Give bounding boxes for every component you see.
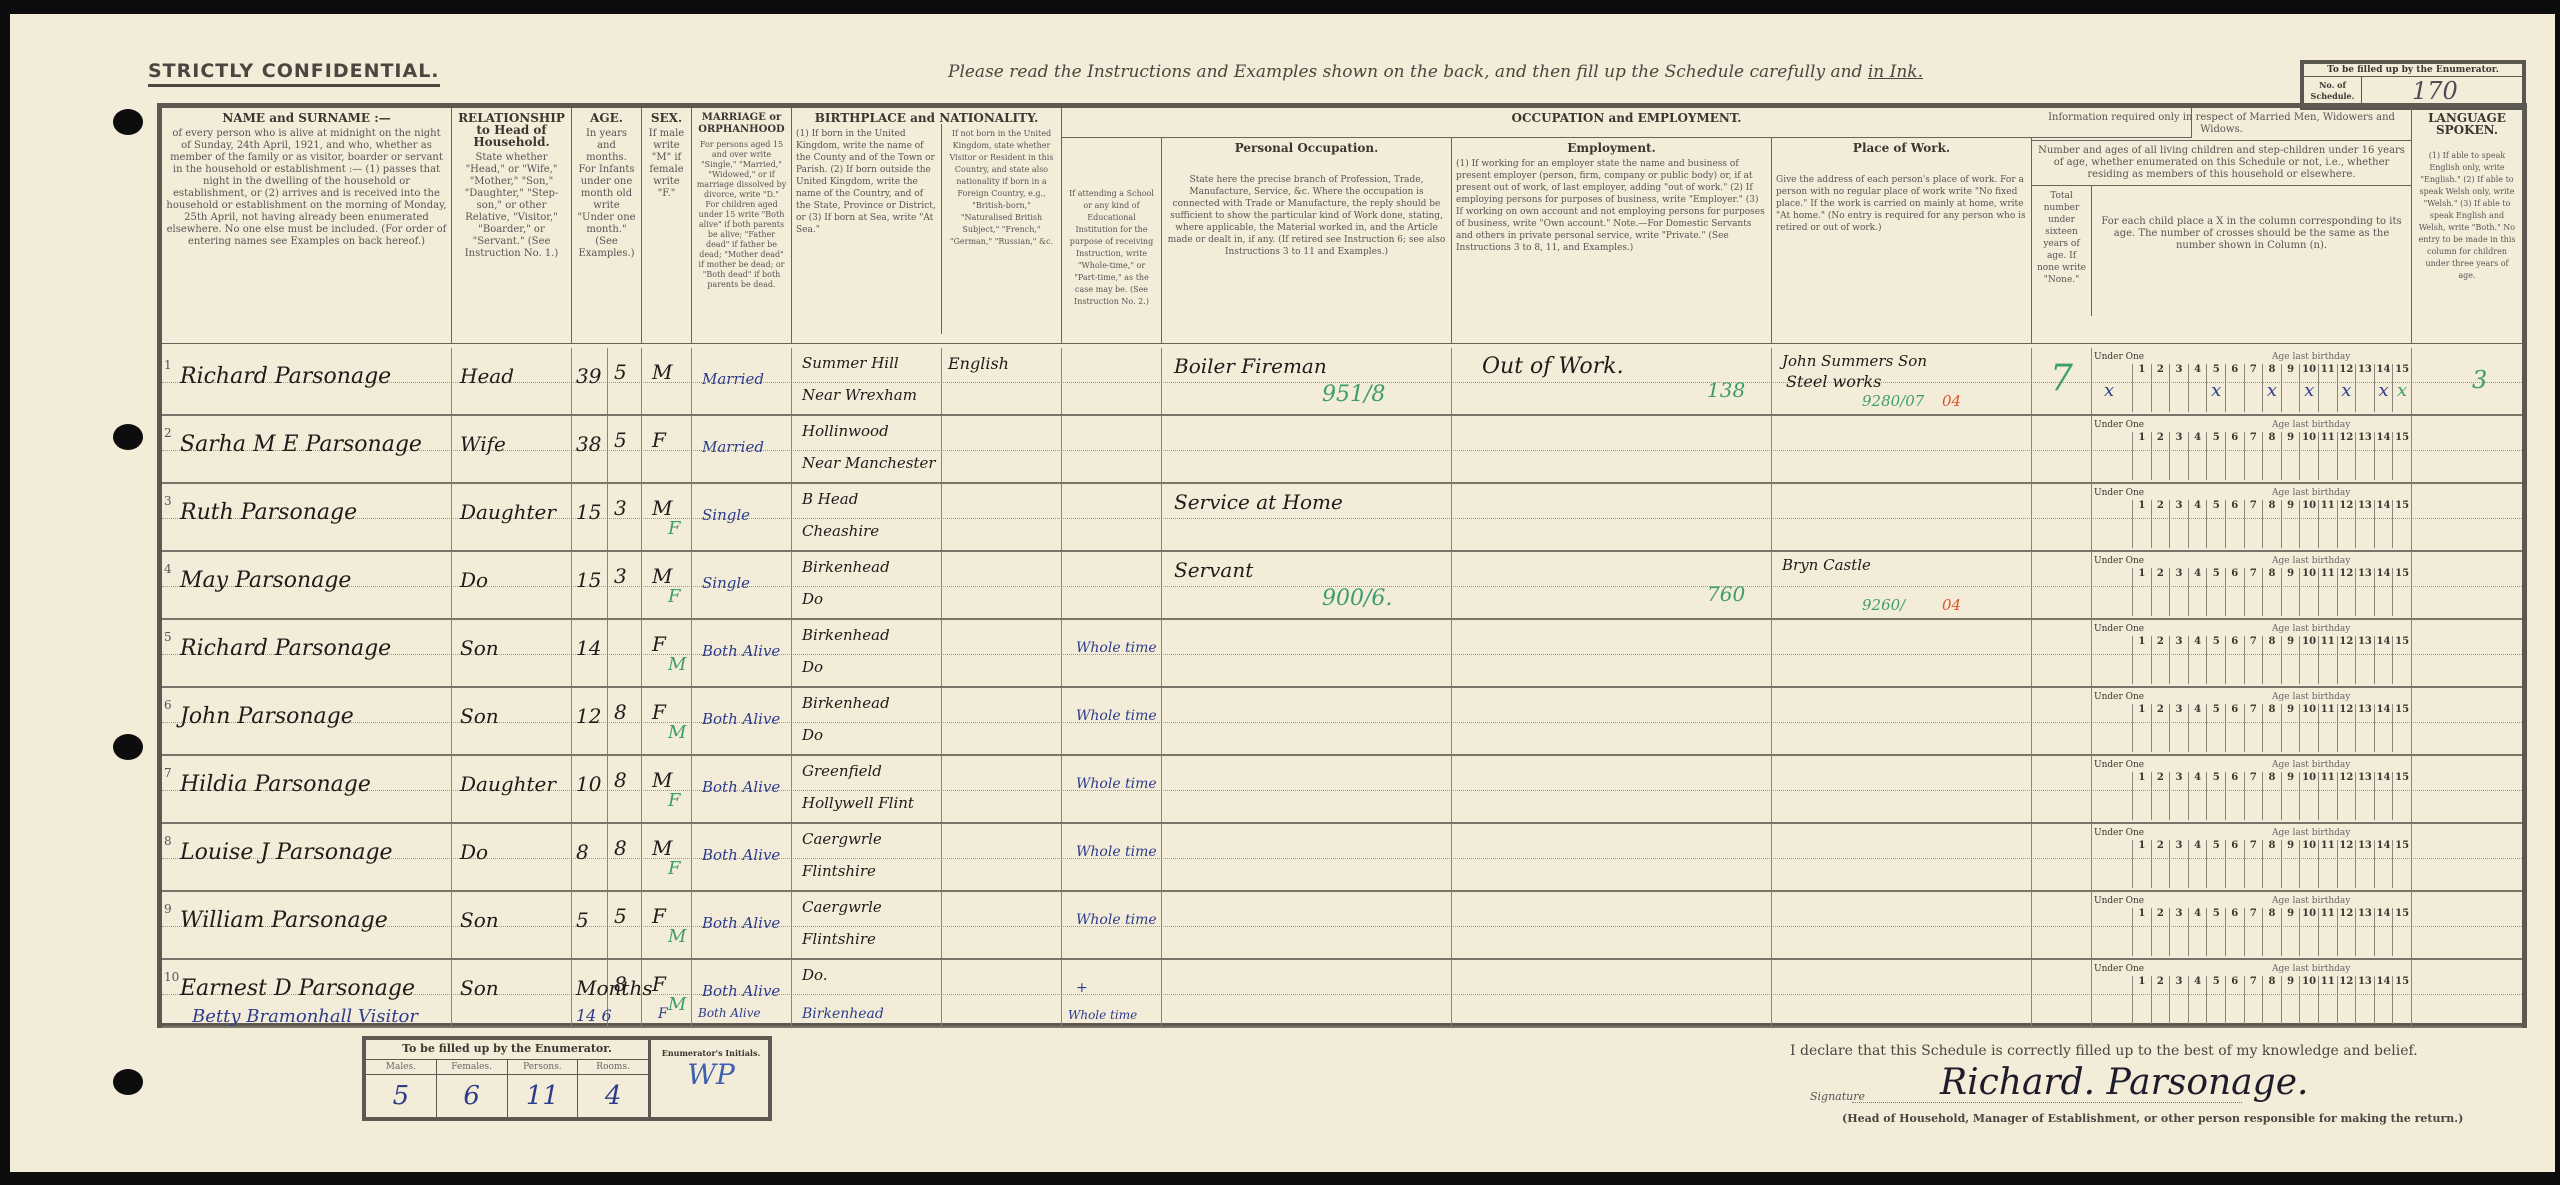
cell-relationship: Son [452,688,572,754]
cell-employment [1452,620,1772,686]
header-sex: SEX. If male write "M" if female write "… [642,108,692,344]
table-row: 1Richard ParsonageHead395MMarriedSummer … [162,348,2522,416]
cell-children-ages: Under OneAge last birthday12345678910111… [2092,416,2412,482]
birthplace-line1: Do. [802,966,828,984]
age-column: 15 [2392,704,2411,752]
language-value: 3 [2472,366,2487,394]
cell-nationality [942,620,1062,686]
cell-name: 2Sarha M E Parsonage [162,416,452,482]
age-column: 6 [2225,772,2244,820]
marital-value: Married [702,438,764,456]
age-last-birthday-label: Age last birthday [2272,760,2350,770]
header-employment: Employment. (1) If working for an employ… [1452,138,1772,344]
header-children-subtitle: Number and ages of all living children a… [2032,141,2411,186]
cell-place-of-work: Bryn Castle9260/04 [1772,552,2032,618]
age-columns: 12345x678x910x1112x1314x15x [2132,364,2411,412]
sex-correction: M [668,926,686,947]
cell-place-of-work [1772,892,2032,958]
cell-age-years: 8 [572,824,608,890]
age-column: 9 [2281,704,2300,752]
cell-children-ages: Under OneAge last birthday12345678910111… [2092,756,2412,822]
age-column: 12 [2337,840,2356,888]
age-column: 8x [2262,364,2281,412]
cell-employment: Out of Work.138 [1452,348,1772,414]
cell-sex: F [642,416,692,482]
relationship-value: Daughter [460,772,556,796]
marital-value: Both Alive [702,710,780,728]
age-column: 8 [2262,704,2281,752]
cell-children-total [2032,416,2092,482]
age-column: 14x [2374,364,2393,412]
age-grid: Under OneAge last birthday12345678910111… [2092,624,2411,684]
cell-marital: Both Alive [692,620,792,686]
cell-age-months: 5 [608,416,642,482]
cell-language [2412,620,2522,686]
age-column: 9 [2281,636,2300,684]
under-one-label: Under One [2094,896,2144,906]
age-column: 9 [2281,772,2300,820]
age-grid: Under OneAge last birthday12345678910111… [2092,420,2411,480]
age-column: 7 [2244,500,2263,548]
cell-language [2412,416,2522,482]
header-school-text: If attending a School or any kind of Edu… [1062,138,1161,312]
marital-value: Single [702,574,750,592]
cell-age-years: 15 [572,552,608,618]
age-grid: Under OneAge last birthday12345678910111… [2092,692,2411,752]
age-column: 13 [2355,432,2374,480]
cell-employment [1452,416,1772,482]
age-column: 14 [2374,500,2393,548]
cell-name: 9William Parsonage [162,892,452,958]
header-employment-title: Employment. [1452,138,1771,154]
marital-value: Married [702,370,764,388]
table-row: 5Richard ParsonageSon14FMBoth AliveBirke… [162,620,2522,688]
cell-place-of-work: John Summers SonSteel works9280/0704 [1772,348,2032,414]
header-relationship-title: RELATIONSHIP to Head of Household. [452,108,571,148]
birthplace-line2: Do [802,726,823,744]
age-column: 2 [2151,704,2170,752]
age-column: 8 [2262,772,2281,820]
age-column: 10 [2299,772,2318,820]
occupation-value: Servant [1174,558,1253,582]
under-one-label: Under One [2094,828,2144,838]
header-relationship: RELATIONSHIP to Head of Household. State… [452,108,572,344]
header-sex-title: SEX. [642,108,691,124]
age-column: 7 [2244,568,2263,616]
child-age-cross: x [2338,380,2356,401]
age-column: 13 [2355,568,2374,616]
cell-occupation [1162,620,1452,686]
age-column: 11 [2318,568,2337,616]
cell-children-ages: Under OneAge last birthday12345x678x910x… [2092,348,2412,414]
nationality-value: English [948,354,1009,373]
cell-occupation [1162,892,1452,958]
age-column: 2 [2151,908,2170,956]
header-birthplace-title: BIRTHPLACE and NATIONALITY. [792,108,1061,124]
cell-nationality: English [942,348,1062,414]
age-column: 12x [2337,364,2356,412]
age-column: 4 [2188,500,2207,548]
age-years-value: 12 [576,704,601,728]
age-months-value: 5 [614,904,627,928]
person-name: William Parsonage [180,908,388,933]
employment-code: 138 [1707,378,1745,402]
cell-birthplace: B HeadCheashire [792,484,942,550]
age-columns: 123456789101112131415 [2132,908,2411,956]
marital-value: Both Alive [702,846,780,864]
person-name: Sarha M E Parsonage [180,432,422,457]
person-name: Ruth Parsonage [180,500,357,525]
persons-label: Persons. [508,1060,578,1075]
header-place-title: Place of Work. [1772,138,2031,154]
relationship-value: Son [460,704,499,728]
person-name: Richard Parsonage [180,364,391,389]
age-column: 3 [2169,636,2188,684]
age-column: 6 [2225,432,2244,480]
cell-nationality [942,688,1062,754]
age-months-value: 5 [614,428,627,452]
occupation-value: Boiler Fireman [1174,354,1327,378]
header-age-text: In years and months. For Infants under o… [572,124,641,264]
age-last-birthday-label: Age last birthday [2272,556,2350,566]
cell-employment [1452,756,1772,822]
age-column: 6 [2225,840,2244,888]
child-age-cross: x [2207,380,2225,401]
sex-value: M [652,836,672,860]
age-last-birthday-label: Age last birthday [2272,624,2350,634]
child-under-one-cross: x [2104,380,2114,401]
cell-birthplace: Summer HillNear Wrexham [792,348,942,414]
children-total-value: 7 [2050,358,2073,399]
school-value: Whole time [1076,844,1157,860]
age-column: 12 [2337,432,2356,480]
age-months-value: 8 [614,972,627,996]
header-personal-occupation-text: State here the precise branch of Profess… [1162,154,1451,262]
cell-marital: Both Alive [692,756,792,822]
age-column: 5x [2206,364,2225,412]
age-column: 8 [2262,840,2281,888]
place-of-work-code-red: 04 [1942,596,1961,614]
table-row: 7Hildia ParsonageDaughter108MFBoth Alive… [162,756,2522,824]
cell-children-total [2032,552,2092,618]
person-name: Louise J Parsonage [180,840,393,865]
age-columns: 123456789101112131415 [2132,432,2411,480]
visitor-name: Betty Bramonhall Visitor [192,1006,418,1027]
census-form-table: NAME and SURNAME :— of every person who … [157,103,2527,1028]
age-column: 13 [2355,364,2374,412]
age-column: 1 [2132,772,2151,820]
cell-marital: Both Alive [692,688,792,754]
occupation-value: Service at Home [1174,490,1343,514]
cell-occupation [1162,824,1452,890]
cell-place-of-work [1772,756,2032,822]
age-column: 1 [2132,840,2151,888]
cell-name: 6John Parsonage [162,688,452,754]
cell-language [2412,688,2522,754]
cell-school [1062,416,1162,482]
birthplace-line2: Near Wrexham [802,386,917,404]
age-column: 2 [2151,840,2170,888]
cell-birthplace: BirkenheadDo [792,688,942,754]
cell-age-years: 5 [572,892,608,958]
birthplace-line1: Caergwrle [802,898,882,916]
page-title: STRICTLY CONFIDENTIAL. [148,60,440,87]
cell-language [2412,552,2522,618]
birthplace-line2: Flintshire [802,862,876,880]
school-value: Whole time [1076,912,1157,928]
under-one-label: Under One [2094,692,2144,702]
age-column: 15 [2392,500,2411,548]
age-column: 14 [2374,908,2393,956]
school-value: Whole time [1076,640,1157,656]
age-column: 14 [2374,636,2393,684]
sex-value: M [652,768,672,792]
age-column: 15 [2392,772,2411,820]
age-column: 2 [2151,500,2170,548]
age-column: 1 [2132,908,2151,956]
cell-school: Whole time [1062,892,1162,958]
age-column: 2 [2151,432,2170,480]
employment-code: 760 [1707,582,1745,606]
row-number: 2 [164,426,172,440]
age-column: 4 [2188,364,2207,412]
age-column: 4 [2188,568,2207,616]
sex-correction: M [668,654,686,675]
header-birthplace: BIRTHPLACE and NATIONALITY. (1) If born … [792,108,1062,344]
header-occupation-title: OCCUPATION and EMPLOYMENT. [1062,108,2191,124]
cell-age-years: 12 [572,688,608,754]
schedule-number-label: No. of Schedule. [2304,77,2362,104]
cell-birthplace: HollinwoodNear Manchester [792,416,942,482]
sex-correction: F [668,790,681,811]
table-row: 4May ParsonageDo153MFSingleBirkenheadDoS… [162,552,2522,620]
age-column: 5 [2206,432,2225,480]
age-column: 14 [2374,704,2393,752]
rooms-value: 4 [578,1075,648,1117]
cell-relationship: Do [452,824,572,890]
instructions-banner: Please read the Instructions and Example… [948,62,1923,82]
child-age-cross: x [2300,380,2318,401]
row-number: 3 [164,494,172,508]
age-column: 11 [2318,432,2337,480]
age-column: 5 [2206,636,2225,684]
cell-age-months: 8 [608,688,642,754]
age-column: 3 [2169,704,2188,752]
visitor-row: Betty Bramonhall Visitor14 6FBoth AliveB… [162,1006,2522,1028]
cell-name: 5Richard Parsonage [162,620,452,686]
age-column: 14 [2374,840,2393,888]
age-column: 11 [2318,636,2337,684]
age-column: 4 [2188,636,2207,684]
header-children-title: Information required only in respect of … [2032,108,2411,141]
age-column: 7 [2244,840,2263,888]
cell-occupation: Servant900/6. [1162,552,1452,618]
cell-nationality [942,484,1062,550]
cell-language [2412,892,2522,958]
age-months-value: 3 [614,496,627,520]
age-column: 15 [2392,432,2411,480]
birthplace-line1: Summer Hill [802,354,899,372]
place-of-work-code: 9260/ [1862,596,1905,614]
person-name: May Parsonage [180,568,351,593]
enumerator-initials-label: Enumerator's Initials. [654,1040,768,1058]
cell-children-ages: Under OneAge last birthday12345678910111… [2092,892,2412,958]
females-value: 6 [437,1075,507,1117]
header-language-title: LANGUAGE SPOKEN. [2412,108,2522,136]
cell-place-of-work [1772,484,2032,550]
table-row: 3Ruth ParsonageDaughter153MFSingleB Head… [162,484,2522,552]
age-column: 15x [2392,364,2411,412]
person-name: Hildia Parsonage [180,772,371,797]
cell-place-of-work [1772,620,2032,686]
age-column: 7 [2244,704,2263,752]
relationship-value: Wife [460,432,506,456]
table-row: 8Louise J ParsonageDo88MFBoth AliveCaerg… [162,824,2522,892]
under-one-label: Under One [2094,624,2144,634]
birthplace-line1: Birkenhead [802,558,890,576]
cell-birthplace: CaergwrleFlintshire [792,824,942,890]
relationship-value: Daughter [460,500,556,524]
cell-birthplace: CaergwrleFlintshire [792,892,942,958]
header-children-total-text: Total number under sixteen years of age.… [2032,186,2092,316]
header-name: NAME and SURNAME :— of every person who … [162,108,452,344]
age-years-value: 5 [576,908,589,932]
cell-school [1062,348,1162,414]
birthplace-line2: Do [802,590,823,608]
age-column: 5 [2206,500,2225,548]
age-column: 1 [2132,364,2151,412]
age-column: 8 [2262,908,2281,956]
cell-children-total [2032,484,2092,550]
cell-sex: FM [642,688,692,754]
cell-sex: MF [642,756,692,822]
cell-relationship: Son [452,620,572,686]
sex-value: F [652,632,666,656]
header-children: Information required only in respect of … [2032,108,2412,344]
age-column: 9 [2281,840,2300,888]
age-column: 10 [2299,704,2318,752]
relationship-value: Son [460,908,499,932]
relationship-value: Head [460,364,514,388]
age-column: 6 [2225,500,2244,548]
age-column: 4 [2188,908,2207,956]
table-row: 9William ParsonageSon55FMBoth AliveCaerg… [162,892,2522,960]
cell-school: Whole time [1062,688,1162,754]
sex-correction: F [668,858,681,879]
age-column: 7 [2244,636,2263,684]
visitor-marital: Both Alive [698,1006,761,1020]
age-column: 13 [2355,704,2374,752]
age-column: 11 [2318,840,2337,888]
age-years-value: 14 [576,636,601,660]
header-personal-occupation: Personal Occupation. State here the prec… [1162,138,1452,344]
header-marriage-text: For persons aged 15 and over write "Sing… [692,136,791,294]
header-place-of-work: Place of Work. Give the address of each … [1772,138,2032,344]
rooms-label: Rooms. [578,1060,648,1075]
cell-sex: MF [642,552,692,618]
cell-marital: Married [692,348,792,414]
cell-children-ages: Under OneAge last birthday12345678910111… [2092,620,2412,686]
birthplace-line2: Hollywell Flint [802,794,914,812]
age-column: 11 [2318,500,2337,548]
age-column: 2 [2151,364,2170,412]
males-value: 5 [366,1075,436,1117]
age-last-birthday-label: Age last birthday [2272,964,2350,974]
birthplace-line2: Do [802,658,823,676]
age-column: 8 [2262,636,2281,684]
cell-children-total [2032,824,2092,890]
age-column: 7 [2244,364,2263,412]
row-number: 10 [164,970,179,984]
cell-children-ages: Under OneAge last birthday12345678910111… [2092,484,2412,550]
age-column: 4 [2188,704,2207,752]
age-grid: Under OneAge last birthday12345678910111… [2092,760,2411,820]
age-column: 15 [2392,840,2411,888]
cell-children-total: 7 [2032,348,2092,414]
schedule-number-value: 170 [2362,77,2522,104]
age-column: 5 [2206,704,2225,752]
cell-nationality [942,892,1062,958]
age-column: 1 [2132,432,2151,480]
age-column: 1 [2132,568,2151,616]
cell-sex: FM [642,892,692,958]
child-age-cross: x [2263,380,2281,401]
marital-value: Both Alive [702,778,780,796]
age-column: 10 [2299,908,2318,956]
header-place-text: Give the address of each person's place … [1772,154,2031,238]
age-column: 6 [2225,704,2244,752]
age-column: 7 [2244,772,2263,820]
age-column: 4 [2188,432,2207,480]
sex-value: F [652,904,666,928]
age-column: 10 [2299,568,2318,616]
row-number: 8 [164,834,172,848]
cell-age-months: 5 [608,892,642,958]
visitor-school: Whole time [1068,1008,1137,1022]
age-column: 6 [2225,568,2244,616]
header-marriage-title: MARRIAGE or ORPHANHOOD [692,108,791,136]
age-columns: 123456789101112131415 [2132,772,2411,820]
age-column: 13 [2355,840,2374,888]
cell-place-of-work [1772,416,2032,482]
age-column: 15 [2392,908,2411,956]
age-column: 10 [2299,636,2318,684]
age-column: 3 [2169,500,2188,548]
age-column: 6 [2225,908,2244,956]
age-column: 5 [2206,568,2225,616]
cell-occupation [1162,416,1452,482]
cell-birthplace: BirkenheadDo [792,620,942,686]
marital-value: Both Alive [702,914,780,932]
age-column: 10 [2299,500,2318,548]
age-column: 8 [2262,500,2281,548]
age-years-value: 15 [576,568,601,592]
persons-value: 11 [508,1075,578,1117]
cell-place-of-work [1772,824,2032,890]
cell-school [1062,484,1162,550]
age-column: 6 [2225,364,2244,412]
table-row: 6John ParsonageSon128FMBoth AliveBirkenh… [162,688,2522,756]
visitor-age: 14 6 [576,1006,612,1025]
age-last-birthday-label: Age last birthday [2272,828,2350,838]
birthplace-line1: Hollinwood [802,422,889,440]
cell-occupation [1162,756,1452,822]
cell-school [1062,552,1162,618]
age-column: 14 [2374,432,2393,480]
cell-age-years: 39 [572,348,608,414]
cell-language [2412,824,2522,890]
header-language-text: (1) If able to speak English only, write… [2412,136,2522,286]
